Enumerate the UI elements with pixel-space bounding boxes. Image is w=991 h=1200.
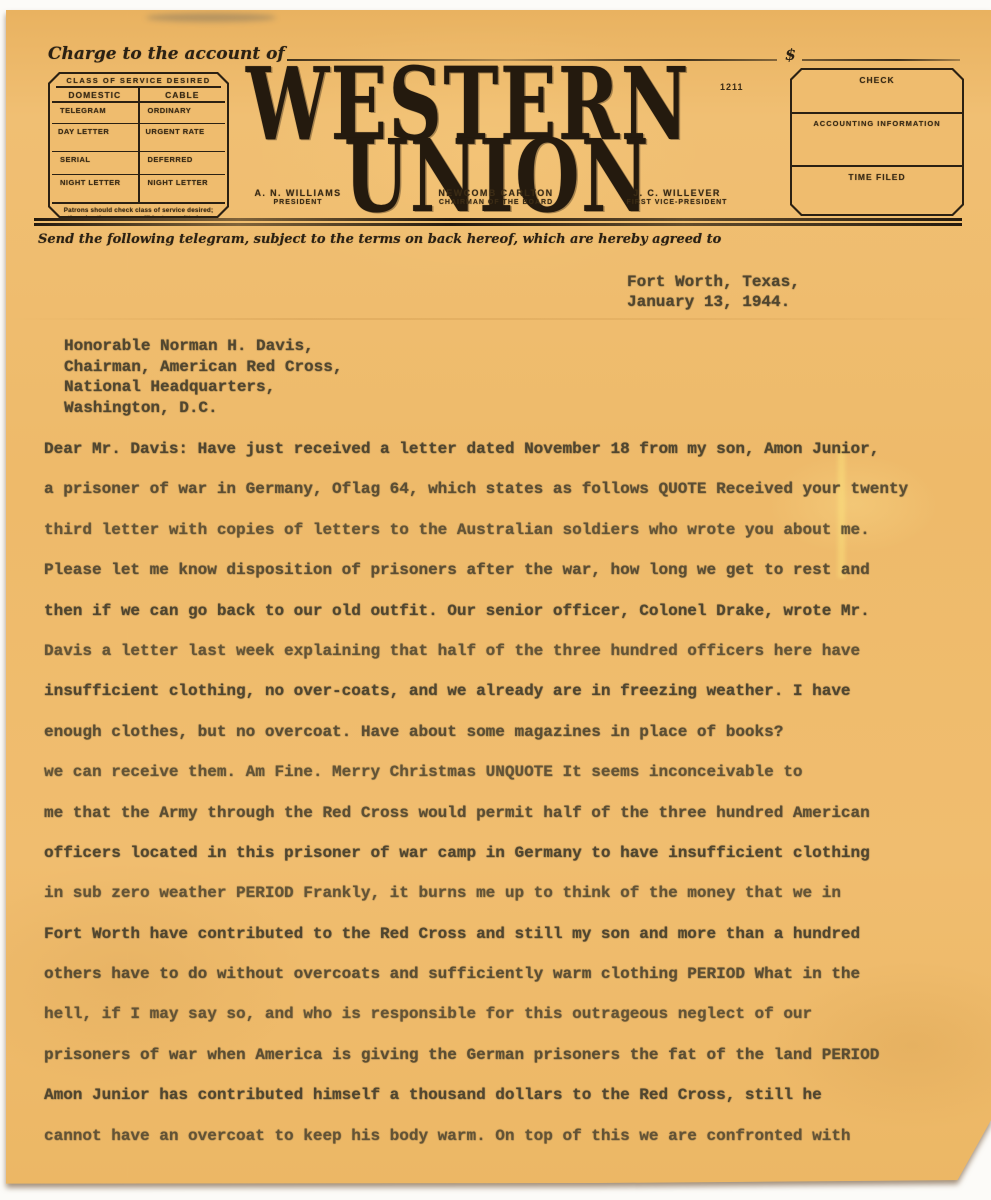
officer-title: FIRST VICE-PRESIDENT	[602, 199, 752, 206]
message-line: in sub zero weather PERIOD Frankly, it b…	[44, 884, 956, 924]
message-line: officers located in this prisoner of war…	[44, 844, 956, 884]
message-line: Dear Mr. Davis: Have just received a let…	[44, 440, 956, 480]
dateline-city: Fort Worth, Texas,	[627, 272, 800, 292]
service-option: ORDINARY	[140, 103, 226, 124]
service-option: TELEGRAM	[52, 103, 138, 124]
paper-crease	[6, 318, 991, 320]
recipient-line: Chairman, American Red Cross,	[64, 357, 342, 378]
amount-blank-line	[802, 59, 960, 61]
message-line: me that the Army through the Red Cross w…	[44, 804, 956, 844]
check-box-inner: CHECK ACCOUNTING INFORMATION TIME FILED	[792, 70, 962, 214]
recipient-line: National Headquarters,	[64, 377, 342, 398]
service-table-title: CLASS OF SERVICE DESIRED	[56, 74, 221, 88]
message-line: enough clothes, but no overcoat. Have ab…	[44, 723, 956, 763]
header-divider-rule	[34, 218, 962, 226]
service-table-grid: DOMESTIC TELEGRAM DAY LETTER SERIAL NIGH…	[52, 88, 225, 204]
recipient-line: Honorable Norman H. Davis,	[64, 336, 342, 357]
dateline: Fort Worth, Texas, January 13, 1944.	[627, 272, 800, 312]
service-option: SERIAL	[52, 152, 138, 175]
message-line: prisoners of war when America is giving …	[44, 1046, 956, 1086]
telegram-message-body: Dear Mr. Davis: Have just received a let…	[44, 440, 956, 1167]
message-line: then if we can go back to our old outfit…	[44, 602, 956, 642]
service-option: URGENT RATE	[140, 124, 226, 152]
check-section-label: CHECK	[792, 70, 962, 114]
western-union-logo-line2: UNION	[344, 126, 650, 226]
recipient-line: Washington, D.C.	[64, 398, 342, 419]
column-header-cable: CABLE	[140, 88, 226, 103]
column-header-domestic: DOMESTIC	[52, 88, 138, 103]
officer-name: J. C. WILLEVER	[602, 188, 752, 198]
message-line: a prisoner of war in Germany, Oflag 64, …	[44, 480, 956, 520]
service-column-domestic: DOMESTIC TELEGRAM DAY LETTER SERIAL NIGH…	[52, 88, 140, 204]
message-line: third letter with copies of letters to t…	[44, 521, 956, 561]
recipient-address-block: Honorable Norman H. Davis, Chairman, Ame…	[64, 336, 342, 418]
check-box-panel: CHECK ACCOUNTING INFORMATION TIME FILED	[790, 68, 964, 216]
service-column-cable: CABLE ORDINARY URGENT RATE DEFERRED NIGH…	[140, 88, 226, 204]
service-option: NIGHT LETTER	[140, 175, 226, 204]
message-line: insufficient clothing, no over-coats, an…	[44, 682, 956, 722]
message-line: others have to do without overcoats and …	[44, 965, 956, 1005]
send-telegram-terms-line: Send the following telegram, subject to …	[38, 232, 721, 247]
dollar-sign: $	[785, 45, 796, 64]
telegram-form: Charge to the account of $ CLASS OF SERV…	[6, 10, 991, 1186]
message-line: we can receive them. Am Fine. Merry Chri…	[44, 763, 956, 803]
service-option: DAY LETTER	[52, 124, 138, 152]
form-number: 1211	[720, 82, 744, 92]
message-line: Davis a letter last week explaining that…	[44, 642, 956, 682]
officer-title: PRESIDENT	[228, 199, 368, 206]
telegram-paper-wrap: Charge to the account of $ CLASS OF SERV…	[0, 0, 991, 1200]
officer-name: A. N. WILLIAMS	[228, 188, 368, 198]
service-option: NIGHT LETTER	[52, 175, 138, 204]
officer-chairman: NEWCOMB CARLTON CHAIRMAN OF THE BOARD	[416, 188, 576, 206]
message-line: cannot have an overcoat to keep his body…	[44, 1127, 956, 1167]
message-line: Fort Worth have contributed to the Red C…	[44, 925, 956, 965]
message-line: Amon Junior has contributed himself a th…	[44, 1086, 956, 1126]
class-of-service-table: CLASS OF SERVICE DESIRED DOMESTIC TELEGR…	[50, 74, 227, 216]
officer-name: NEWCOMB CARLTON	[416, 188, 576, 198]
officer-vice-president: J. C. WILLEVER FIRST VICE-PRESIDENT	[602, 188, 752, 206]
dateline-date: January 13, 1944.	[627, 292, 800, 312]
message-line: Please let me know disposition of prison…	[44, 561, 956, 601]
scan-smudge	[146, 13, 276, 22]
time-filed-label: TIME FILED	[792, 167, 962, 214]
scanned-telegram-page: Charge to the account of $ CLASS OF SERV…	[0, 0, 991, 1200]
officer-president: A. N. WILLIAMS PRESIDENT	[228, 188, 368, 206]
message-line: hell, if I may say so, and who is respon…	[44, 1005, 956, 1045]
class-of-service-box: CLASS OF SERVICE DESIRED DOMESTIC TELEGR…	[48, 72, 229, 218]
officer-title: CHAIRMAN OF THE BOARD	[416, 199, 576, 206]
service-option: DEFERRED	[140, 152, 226, 175]
accounting-information-label: ACCOUNTING INFORMATION	[792, 114, 962, 167]
